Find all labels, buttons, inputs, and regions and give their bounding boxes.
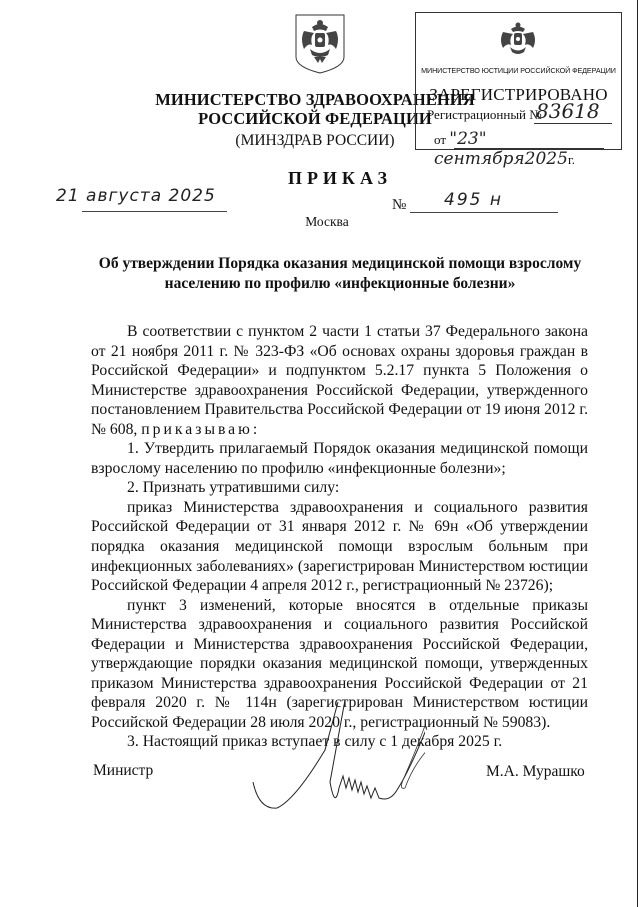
stamp-date-month: сентября (434, 149, 525, 169)
stamp-date-year: 2025 (525, 149, 568, 169)
order-number-underline (410, 212, 558, 213)
order-subject: Об утверждении Порядка оказания медицинс… (90, 254, 590, 293)
subject-line-1: Об утверждении Порядка оказания медицинс… (90, 254, 590, 274)
page-edge-line (637, 0, 638, 907)
signature-mark (225, 690, 425, 815)
signatory-name: М.А. Мурашко (486, 763, 585, 781)
clause-2-item-1: приказ Министерства здравоохранения и со… (91, 498, 588, 596)
coat-of-arms-icon (294, 13, 346, 75)
order-date: 21 августа 2025 (56, 186, 216, 206)
order-date-underline (82, 211, 227, 212)
order-number: 495 н (444, 190, 503, 210)
stamp-date-suffix: г. (568, 152, 575, 167)
stamp-date-prefix: от (434, 132, 446, 147)
order-body: В соответствии с пунктом 2 части 1 стать… (91, 322, 588, 752)
stamp-date-underline (454, 148, 604, 149)
order-number-label: № (392, 197, 406, 214)
stamp-date: от "23" сентября2025г. (434, 129, 621, 169)
subject-line-2: населению по профилю «инфекционные болез… (90, 274, 590, 294)
preamble-paragraph: В соответствии с пунктом 2 части 1 стать… (91, 322, 588, 439)
stamp-organization: МИНИСТЕРСТВО ЮСТИЦИИ РОССИЙСКОЙ ФЕДЕРАЦИ… (416, 66, 621, 75)
city: Москва (0, 214, 640, 230)
clause-1: 1. Утвердить прилагаемый Порядок оказани… (91, 439, 588, 478)
signatory-role: Министр (93, 762, 153, 780)
stamp-coat-of-arms-icon (497, 20, 539, 60)
stamp-date-day: "23" (449, 129, 486, 149)
clause-2: 2. Признать утратившими силу: (91, 478, 588, 498)
order-directive: приказываю: (141, 421, 260, 438)
document-page: МИНИСТЕРСТВО ЗДРАВООХРАНЕНИЯ РОССИЙСКОЙ … (0, 0, 640, 907)
stamp-reg-number-label: Регистрационный № (427, 107, 542, 123)
stamp-number-underline (534, 123, 612, 124)
stamp-reg-number: 83618 (536, 99, 600, 123)
